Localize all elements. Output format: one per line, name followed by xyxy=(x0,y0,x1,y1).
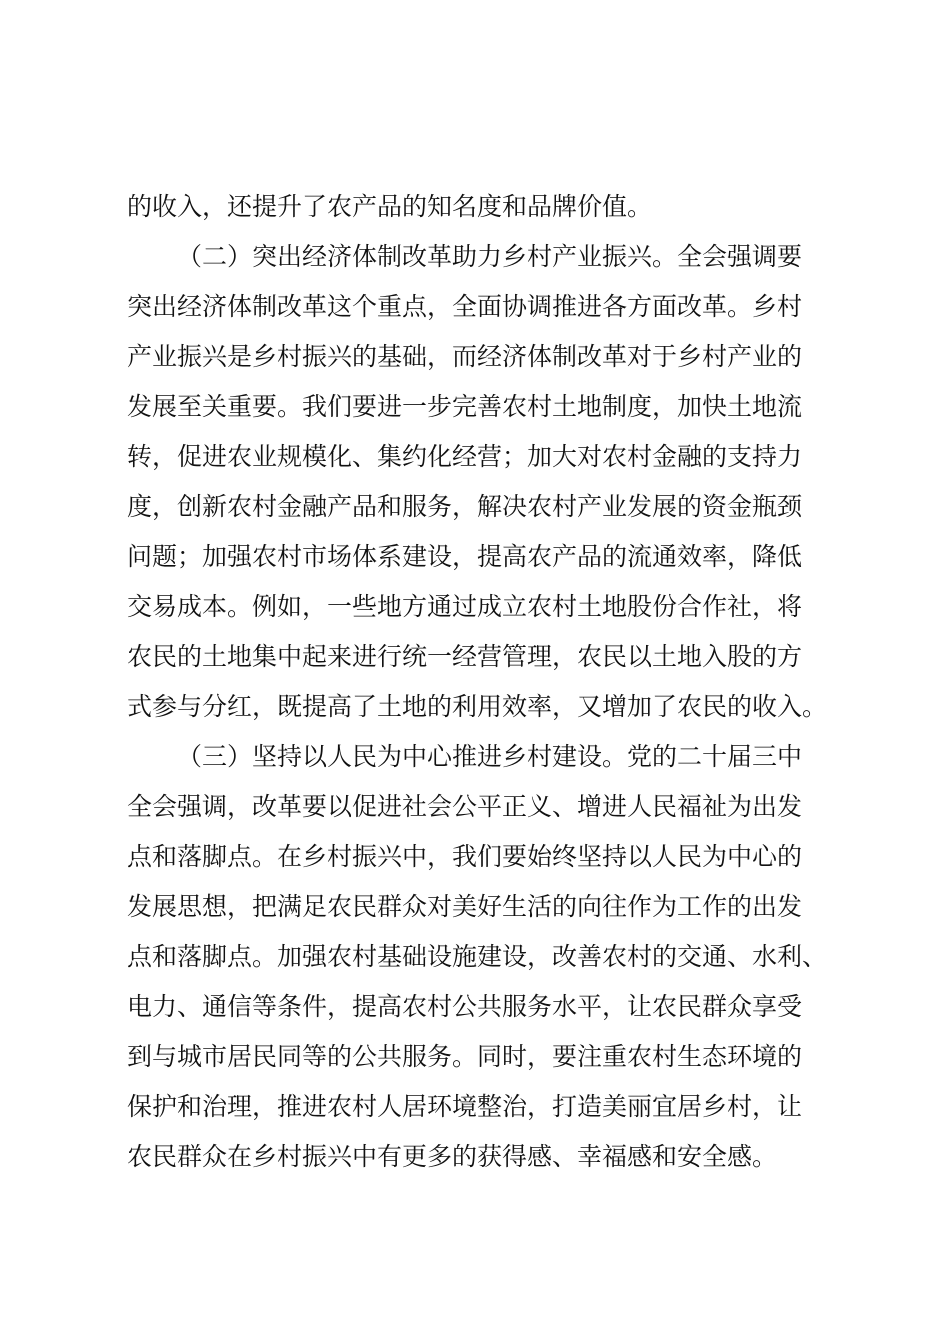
text-line: 交易成本。例如，一些地方通过成立农村土地股份合作社，将 xyxy=(127,582,831,632)
text-line: 电力、通信等条件，提高农村公共服务水平，让农民群众享受 xyxy=(127,982,831,1032)
text-line: 产业振兴是乡村振兴的基础，而经济体制改革对于乡村产业的 xyxy=(127,332,831,382)
paragraph-section-2: （二）突出经济体制改革助力乡村产业振兴。全会强调要 突出经济体制改革这个重点，全… xyxy=(127,232,831,732)
text-line: 点和落脚点。加强农村基础设施建设，改善农村的交通、水利、 xyxy=(127,932,831,982)
text-line: 突出经济体制改革这个重点，全面协调推进各方面改革。乡村 xyxy=(127,282,831,332)
paragraph-section-3: （三）坚持以人民为中心推进乡村建设。党的二十届三中 全会强调，改革要以促进社会公… xyxy=(127,732,831,1182)
text-line: 发展至关重要。我们要进一步完善农村土地制度，加快土地流 xyxy=(127,382,831,432)
text-line: 度，创新农村金融产品和服务，解决农村产业发展的资金瓶颈 xyxy=(127,482,831,532)
text-line: 发展思想，把满足农民群众对美好生活的向往作为工作的出发 xyxy=(127,882,831,932)
section-heading-line: （三）坚持以人民为中心推进乡村建设。党的二十届三中 xyxy=(127,732,831,782)
section-heading-line: （二）突出经济体制改革助力乡村产业振兴。全会强调要 xyxy=(127,232,831,282)
text-line: 点和落脚点。在乡村振兴中，我们要始终坚持以人民为中心的 xyxy=(127,832,831,882)
text-line: 式参与分红，既提高了土地的利用效率，又增加了农民的收入。 xyxy=(127,682,831,732)
text-line: 保护和治理，推进农村人居环境整治，打造美丽宜居乡村，让 xyxy=(127,1082,831,1132)
text-line: 转，促进农业规模化、集约化经营；加大对农村金融的支持力 xyxy=(127,432,831,482)
text-line: 的收入，还提升了农产品的知名度和品牌价值。 xyxy=(127,182,831,232)
text-line: 问题；加强农村市场体系建设，提高农产品的流通效率，降低 xyxy=(127,532,831,582)
text-line: 农民群众在乡村振兴中有更多的获得感、幸福感和安全感。 xyxy=(127,1132,831,1182)
paragraph-continued: 的收入，还提升了农产品的知名度和品牌价值。 xyxy=(127,182,831,232)
text-line: 农民的土地集中起来进行统一经营管理，农民以土地入股的方 xyxy=(127,632,831,682)
document-page: 的收入，还提升了农产品的知名度和品牌价值。 （二）突出经济体制改革助力乡村产业振… xyxy=(0,0,950,1344)
document-body: 的收入，还提升了农产品的知名度和品牌价值。 （二）突出经济体制改革助力乡村产业振… xyxy=(127,182,831,1182)
text-line: 全会强调，改革要以促进社会公平正义、增进人民福祉为出发 xyxy=(127,782,831,832)
text-line: 到与城市居民同等的公共服务。同时，要注重农村生态环境的 xyxy=(127,1032,831,1082)
